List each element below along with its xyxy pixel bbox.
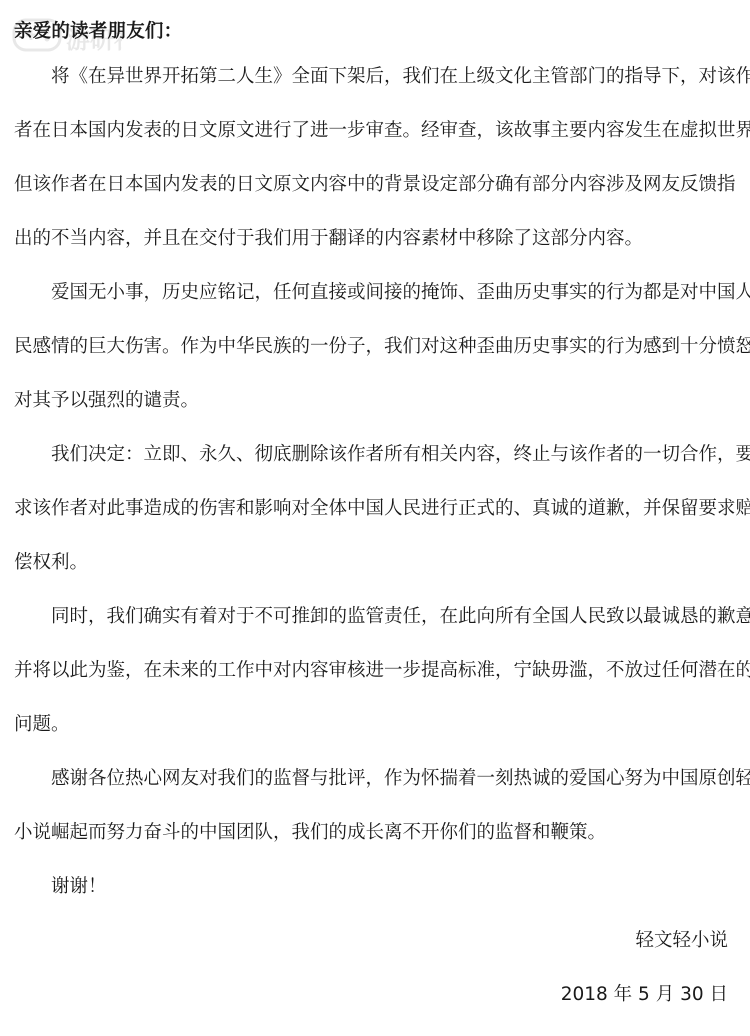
paragraph-3: 我们决定：立即、永久、彻底删除该作者所有相关内容，终止与该作者的一切合作，要 求… (14, 428, 736, 590)
paragraph-line: 爱国无小事，历史应铭记，任何直接或间接的掩饰、歪曲历史事实的行为都是对中国人 (14, 266, 736, 320)
paragraph-line: 我们决定：立即、永久、彻底删除该作者所有相关内容，终止与该作者的一切合作，要 (14, 428, 736, 482)
paragraph-line: 偿权利。 (14, 536, 736, 590)
paragraph-line: 感谢各位热心网友对我们的监督与批评，作为怀揣着一刻热诚的爱国心努为中国原创轻 (14, 752, 736, 806)
paragraph-line: 同时，我们确实有着对于不可推卸的监管责任，在此向所有全国人民致以最诚恳的歉意， (14, 590, 736, 644)
paragraph-line: 将《在异世界开拓第二人生》全面下架后，我们在上级文化主管部门的指导下，对该作 (14, 50, 736, 104)
paragraph-line: 出的不当内容，并且在交付于我们用于翻译的内容素材中移除了这部分内容。 (14, 212, 736, 266)
thanks-line: 谢谢！ (14, 860, 736, 914)
paragraph-line: 但该作者在日本国内发表的日文原文内容中的背景设定部分确有部分内容涉及网友反馈指 (14, 158, 736, 212)
paragraph-line: 问题。 (14, 698, 736, 752)
paragraph-6-thanks: 谢谢！ (14, 860, 736, 914)
paragraph-line: 并将以此为鉴，在未来的工作中对内容审核进一步提高标准，宁缺毋滥，不放过任何潜在的 (14, 644, 736, 698)
signature: 轻文轻小说 (14, 914, 736, 968)
paragraph-line: 小说崛起而努力奋斗的中国团队，我们的成长离不开你们的监督和鞭策。 (14, 806, 736, 860)
paragraph-5: 感谢各位热心网友对我们的监督与批评，作为怀揣着一刻热诚的爱国心努为中国原创轻 小… (14, 752, 736, 860)
paragraph-2: 爱国无小事，历史应铭记，任何直接或间接的掩饰、歪曲历史事实的行为都是对中国人 民… (14, 266, 736, 428)
paragraph-line: 对其予以强烈的谴责。 (14, 374, 736, 428)
paragraph-4: 同时，我们确实有着对于不可推卸的监管责任，在此向所有全国人民致以最诚恳的歉意， … (14, 590, 736, 752)
paragraph-line: 求该作者对此事造成的伤害和影响对全体中国人民进行正式的、真诚的道歉，并保留要求赔 (14, 482, 736, 536)
greeting-heading: 亲爱的读者朋友们： (14, 14, 736, 50)
paragraph-1: 将《在异世界开拓第二人生》全面下架后，我们在上级文化主管部门的指导下，对该作 者… (14, 50, 736, 266)
paragraph-line: 民感情的巨大伤害。作为中华民族的一份子，我们对这种歪曲历史事实的行为感到十分愤怒… (14, 320, 736, 374)
paragraph-line: 者在日本国内发表的日文原文进行了进一步审查。经审查，该故事主要内容发生在虚拟世界… (14, 104, 736, 158)
date: 2018 年 5 月 30 日 (14, 968, 736, 1022)
letter-body: 亲爱的读者朋友们： 将《在异世界开拓第二人生》全面下架后，我们在上级文化主管部门… (14, 14, 736, 1022)
